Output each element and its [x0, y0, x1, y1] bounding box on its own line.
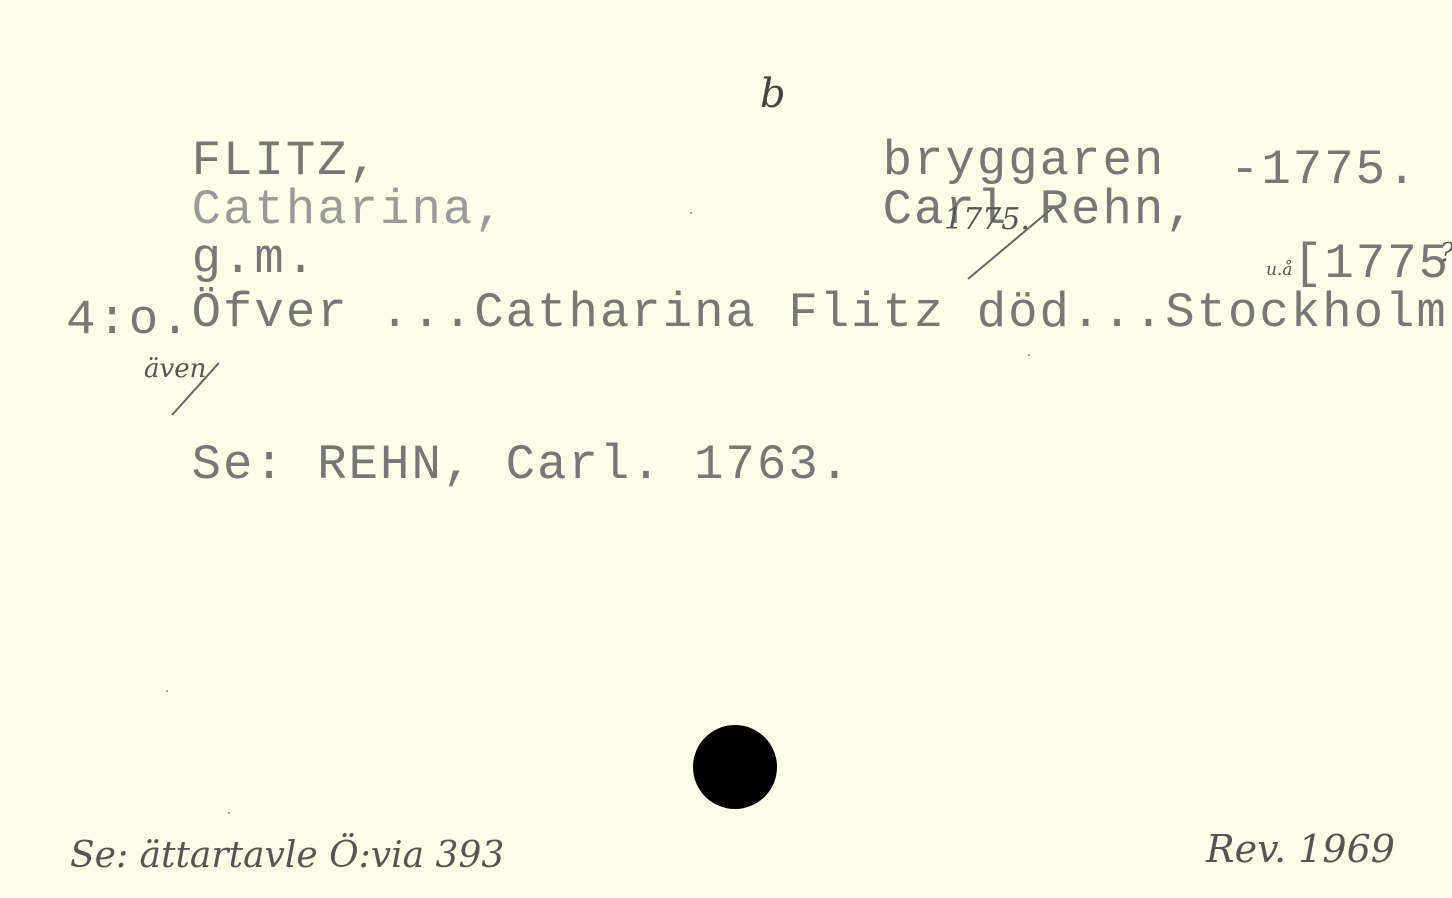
see-label: Se:: [192, 437, 286, 493]
speck: [1028, 354, 1030, 356]
handwritten-question: ?: [1440, 240, 1452, 266]
title-text: Öfver ...Catharina Flitz död...: [192, 285, 1166, 341]
given-name: Catharina,: [192, 182, 506, 238]
title-line-1: Öfver ...Catharina Flitz död...Stockholm: [66, 240, 1448, 387]
handwritten-insert-ua: u.å: [1266, 262, 1293, 279]
see-also-line: Se: REHN, Carl. 1763.: [66, 392, 851, 539]
speck: [228, 812, 230, 814]
handwritten-year: 1775.: [944, 205, 1030, 235]
catalog-card: FLITZ, Catharina, g.m. bryggaren Carl Re…: [0, 0, 1452, 898]
spouse-name: Carl Rehn,: [883, 182, 1197, 238]
title-line-2: 4:o.: [66, 296, 192, 345]
punch-hole: [693, 725, 777, 809]
speck: [690, 212, 692, 214]
occupation: bryggaren: [883, 133, 1166, 189]
occupation-correction: b: [760, 74, 786, 114]
title-place: Stockholm: [1165, 285, 1448, 341]
see-reference: REHN, Carl. 1763.: [317, 437, 851, 493]
handwritten-insert-aven: även: [144, 356, 206, 382]
footer-right-note: Rev. 1969: [1206, 830, 1395, 868]
speck: [166, 690, 168, 692]
surname: FLITZ,: [192, 133, 380, 189]
footer-left-note: Se: ättartavle Ö:via 393: [70, 838, 504, 874]
title-year: [1775: [1293, 240, 1450, 289]
heading-date: -1775.: [1230, 146, 1418, 195]
